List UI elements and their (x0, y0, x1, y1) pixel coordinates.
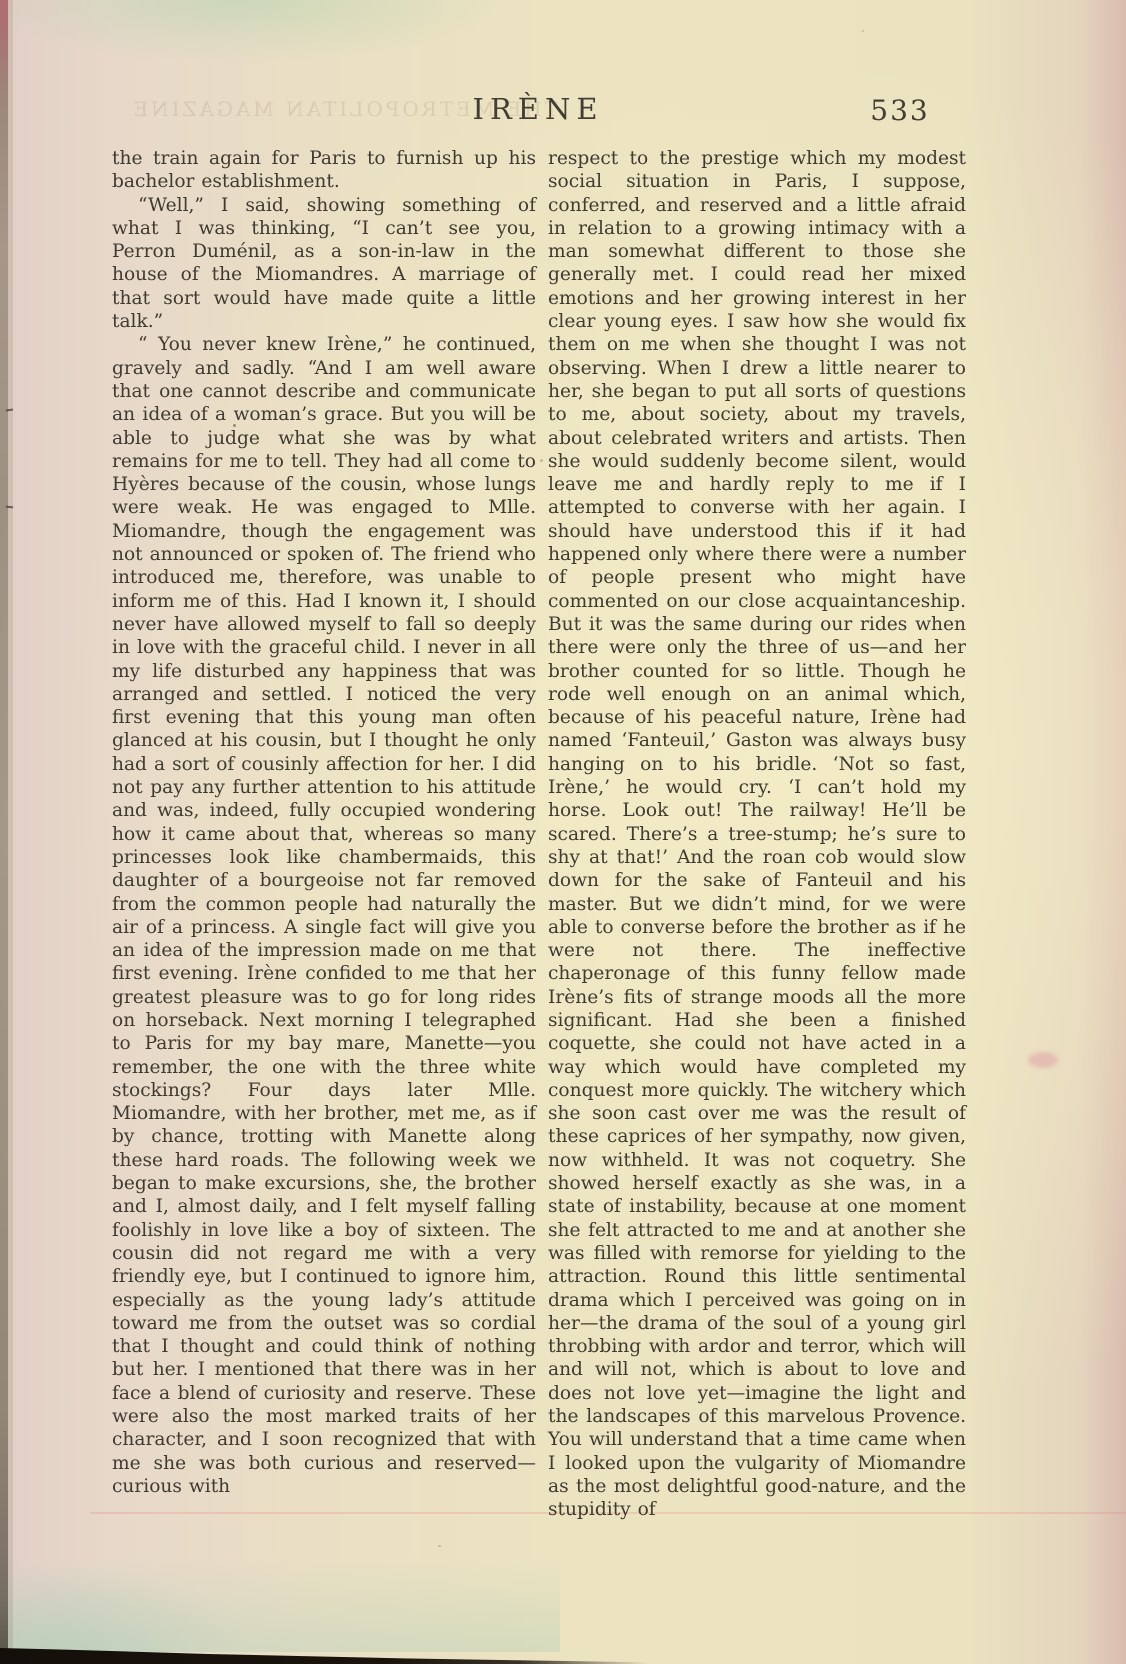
pink-smudge-mark (1028, 1052, 1058, 1068)
page-gutter-shadow (8, 0, 13, 1664)
page-number: 533 (858, 94, 942, 127)
page-gutter-edge (0, 0, 8, 1664)
running-head-title: IRÈNE (113, 92, 963, 126)
paragraph: “Well,” I said, showing something of wha… (112, 194, 536, 334)
paragraph: respect to the prestige which my modest … (548, 147, 966, 1522)
right-column: respect to the prestige which my modest … (548, 147, 966, 1522)
left-column: the train again for Paris to furnish up … (112, 147, 536, 1498)
ink-speck (862, 30, 864, 32)
paragraph: “ You never knew Irène,” he continued, g… (112, 333, 536, 1498)
paragraph: the train again for Paris to furnish up … (112, 147, 536, 194)
scan-green-tint-top (14, 0, 614, 70)
scan-dark-band-bottom (0, 1644, 650, 1664)
ink-speck (438, 1545, 441, 1547)
scanned-book-page: THE METROPOLITAN MAGAZINE IRÈNE 533 the … (0, 0, 1126, 1664)
ink-speck (540, 459, 543, 462)
scan-green-tint-bottom (0, 1542, 560, 1652)
